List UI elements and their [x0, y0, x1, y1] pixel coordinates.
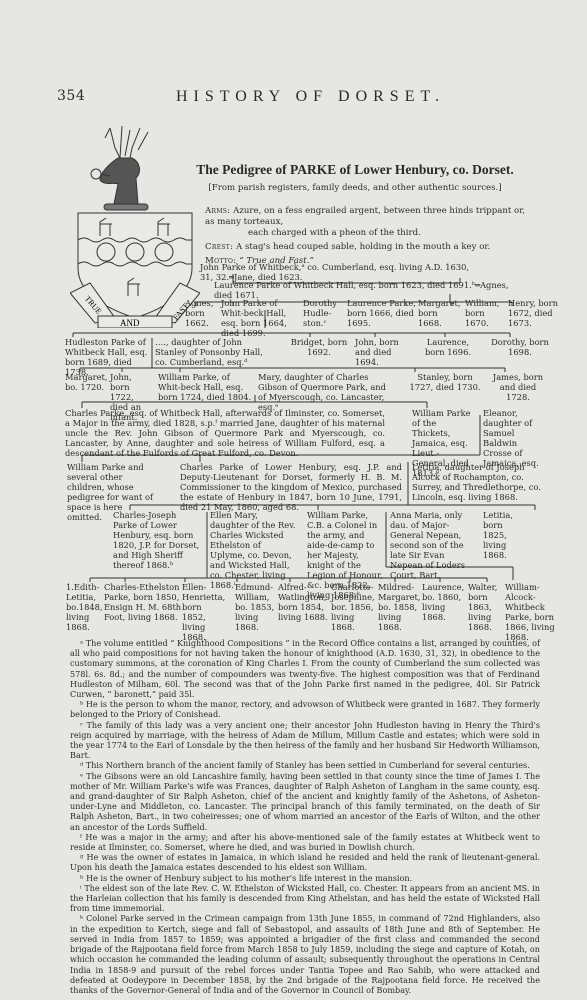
person-gen4: Dorothy, born 1698.	[490, 337, 550, 357]
footnote-f: ᶠ He was a major in the army; and after …	[70, 832, 540, 852]
page-number: 354	[57, 88, 85, 104]
person-gen8: Charles-Joseph Parke of Lower Henbury, e…	[113, 510, 203, 570]
person-gen3: Henry, born 1672, died 1673.	[508, 298, 558, 328]
person-gen8: Anna Maria, only dau. of Major-General N…	[390, 510, 475, 580]
person-gen6: Charles Parke, esq. of Whitbeck Hall, af…	[65, 408, 385, 458]
person-gen9: Charles-Ethelston Parke, born 1850, Ensi…	[104, 582, 182, 622]
person-gen8: Letitia, born 1825, living 1868.	[483, 510, 523, 560]
person-gen9: Alfred-Watlington, born 1854, living 168…	[278, 582, 328, 622]
person-laurence-parke: Laurence Parke of Whitbeck Hall, esq. bo…	[214, 280, 514, 300]
footnotes: ᵃ The volume entitled “ Knighthood Compo…	[70, 638, 540, 995]
footnote-h: ʰ He is the owner of Henbury subject to …	[70, 873, 540, 883]
svg-text:AND: AND	[120, 318, 140, 328]
person-gen5: Margaret, bo. 1720.	[65, 372, 105, 392]
person-gen3: Laurence Parke, born 1666, died 1695.	[347, 298, 417, 328]
footnote-d: ᵈ This Northern branch of the ancient fa…	[70, 760, 540, 770]
person-gen9: 1.Edith-Letitia, bo.1848, living 1868.	[66, 582, 100, 632]
running-head: HISTORY OF DORSET.	[176, 88, 445, 106]
person-gen4: John, born and died 1694.	[355, 337, 400, 367]
person-gen8: Ellen Mary, daughter of the Rev. Charles…	[210, 510, 298, 590]
footnote-a: ᵃ The volume entitled “ Knighthood Compo…	[70, 638, 540, 699]
person-gen9: Walter, born 1863, living 1868.	[468, 582, 502, 632]
arms-text-2: each charged with a pheon of the third.	[205, 228, 421, 238]
footnote-i: ⁱ The eldest son of the late Rev. C. W. …	[70, 883, 540, 914]
person-gen3: William, born 1670.	[465, 298, 503, 328]
person-gen9: Edmund-William, bo. 1853, living 1868.	[235, 582, 275, 632]
person-gen7: Charles Parke of Lower Henbury, esq. J.P…	[180, 462, 402, 512]
person-gen3: Agnes, born 1662.	[185, 298, 223, 328]
person-gen3: Dorothy Hudle-ston.ᶜ	[303, 298, 341, 328]
crest-text: A stag's head couped sable, holding in t…	[236, 242, 490, 252]
footnote-k: ᵏ Colonel Parke served in the Crimean ca…	[70, 913, 540, 995]
footnote-e: ᵉ The Gibsons were an old Lancashire fam…	[70, 771, 540, 832]
crest-label: Crest:	[205, 242, 233, 252]
coat-of-arms-icon: TRUE FAST AND	[70, 118, 200, 328]
blazon: Arms: Azure, on a fess engrailed argent,…	[205, 206, 535, 270]
person-gen3: John Parke of Whit-beck Hall, esq. born …	[221, 298, 299, 338]
person-gen4: Laurence, born 1696.	[418, 337, 478, 357]
person-gen4: …., daughter of John Stanley of Ponsonby…	[155, 337, 275, 367]
person-gen5: William Parke, of Whit-beck Hall, esq. b…	[158, 372, 253, 402]
person-gen4: Bridget, born 1692.	[289, 337, 349, 357]
person-gen5: Mary, daughter of Charles Gibson of Quer…	[258, 372, 393, 412]
person-gen9: Ellen-Henrietta, born 1852, living 1868.	[182, 582, 226, 642]
person-gen9: William-Alcock-Whitbeck Parke, born 1866…	[505, 582, 555, 642]
person-gen9: Mildred-Margaret, bo. 1858, living 1868.	[378, 582, 422, 632]
person-gen5: James, born and died 1728.	[488, 372, 548, 402]
pedigree-subtitle: [From parish registers, family deeds, an…	[190, 183, 520, 193]
person-gen4: Hudleston Parke of Whitbeck Hall, esq. b…	[65, 337, 150, 377]
arms-label: Arms:	[205, 206, 230, 216]
footnote-g: ᵍ He was the owner of estates in Jamaica…	[70, 852, 540, 872]
person-gen9: Charlotte-Josephine, bor. 1856, living 1…	[331, 582, 375, 632]
footnote-c: ᶜ The family of this lady was a very anc…	[70, 720, 540, 761]
arms-text: Azure, on a fess engrailed argent, betwe…	[205, 206, 525, 227]
pedigree-title: The Pedigree of PARKE of Lower Henbury, …	[190, 162, 520, 178]
person-gen7: Letitia, daughter of Joseph Alcock of Ro…	[412, 462, 552, 502]
footnote-b: ᵇ He is the person to whom the manor, re…	[70, 699, 540, 719]
person-john-parke: John Parke of Whitbeck,ᵃ co. Cumberland,…	[200, 262, 480, 282]
person-gen3: Margaret, born 1668.	[418, 298, 460, 328]
person-gen9: Laurence, bo. 1860, living 1868.	[422, 582, 464, 622]
person-gen6: Eleanor, daughter of Samuel Baldwin Cros…	[483, 408, 548, 468]
person-gen5: Stanley, born 1727, died 1730.	[405, 372, 485, 392]
